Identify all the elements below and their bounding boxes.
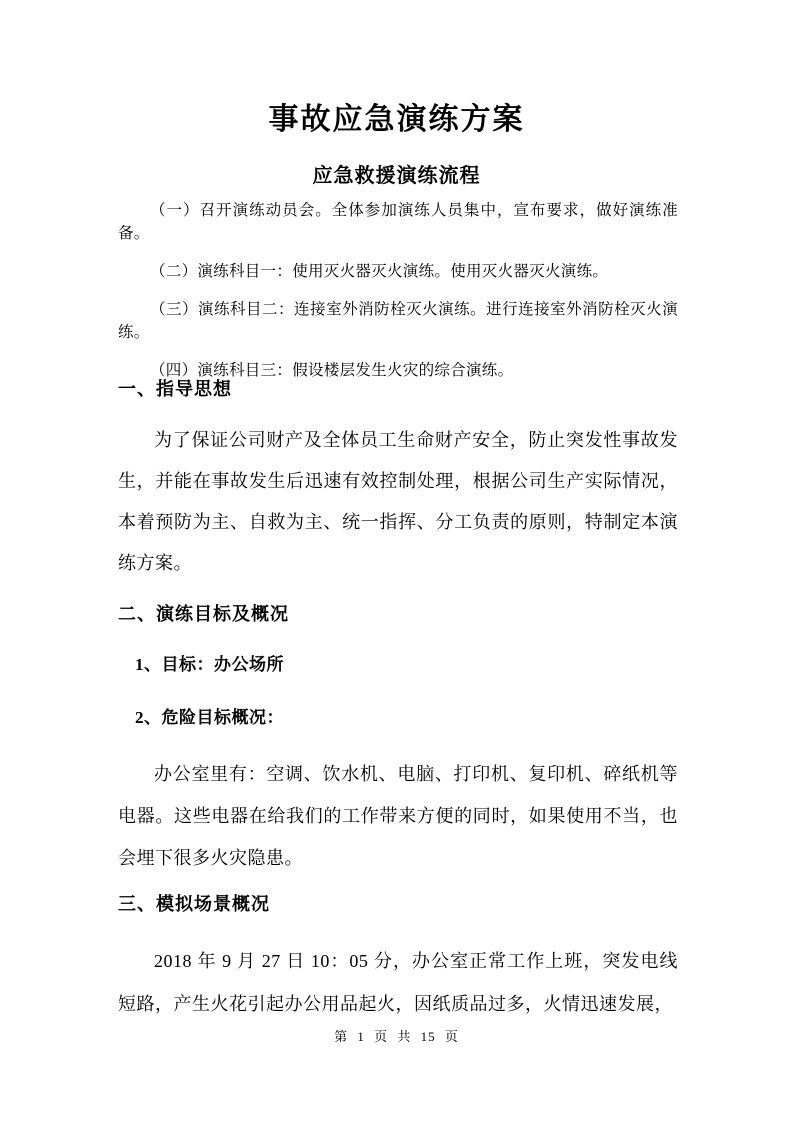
section-heading-scenario-overview: 三、模拟场景概况 — [118, 890, 678, 916]
subitem-target: 1、目标：办公场所 — [118, 650, 678, 675]
section-heading-drill-targets: 二、演练目标及概况 — [118, 600, 678, 626]
intro-item-1: （一）召开演练动员会。全体参加演练人员集中，宣布要求，做好演练准备。 — [118, 199, 678, 245]
section-paragraph-hazard-overview: 办公室里有：空调、饮水机、电脑、打印机、复印机、碎纸机等电器。这些电器在给我们的… — [118, 753, 678, 879]
document-title: 事故应急演练方案 — [0, 94, 793, 138]
section-paragraph-scenario-overview: 2018 年 9 月 27 日 10：05 分，办公室正常工作上班，突发电线短路… — [118, 940, 678, 1026]
document-page: 事故应急演练方案 应急救援演练流程 （一）召开演练动员会。全体参加演练人员集中，… — [0, 0, 793, 1122]
intro-item-2: （二）演练科目一：使用灭火器灭火演练。使用灭火器灭火演练。 — [118, 260, 678, 283]
subitem-hazard-overview: 2、危险目标概况： — [118, 703, 678, 728]
section-heading-guiding-ideology: 一、指导思想 — [118, 375, 678, 401]
page-number-footer: 第 1 页 共 15 页 — [0, 1026, 793, 1045]
section-paragraph-guiding-ideology: 为了保证公司财产及全体员工生命财产安全，防止突发性事故发生，并能在事故发生后迅速… — [118, 420, 678, 584]
document-subtitle: 应急救援演练流程 — [0, 159, 793, 188]
intro-list: （一）召开演练动员会。全体参加演练人员集中，宣布要求，做好演练准备。 （二）演练… — [118, 199, 678, 397]
intro-item-3: （三）演练科目二：连接室外消防栓灭火演练。进行连接室外消防栓灭火演练。 — [118, 298, 678, 344]
